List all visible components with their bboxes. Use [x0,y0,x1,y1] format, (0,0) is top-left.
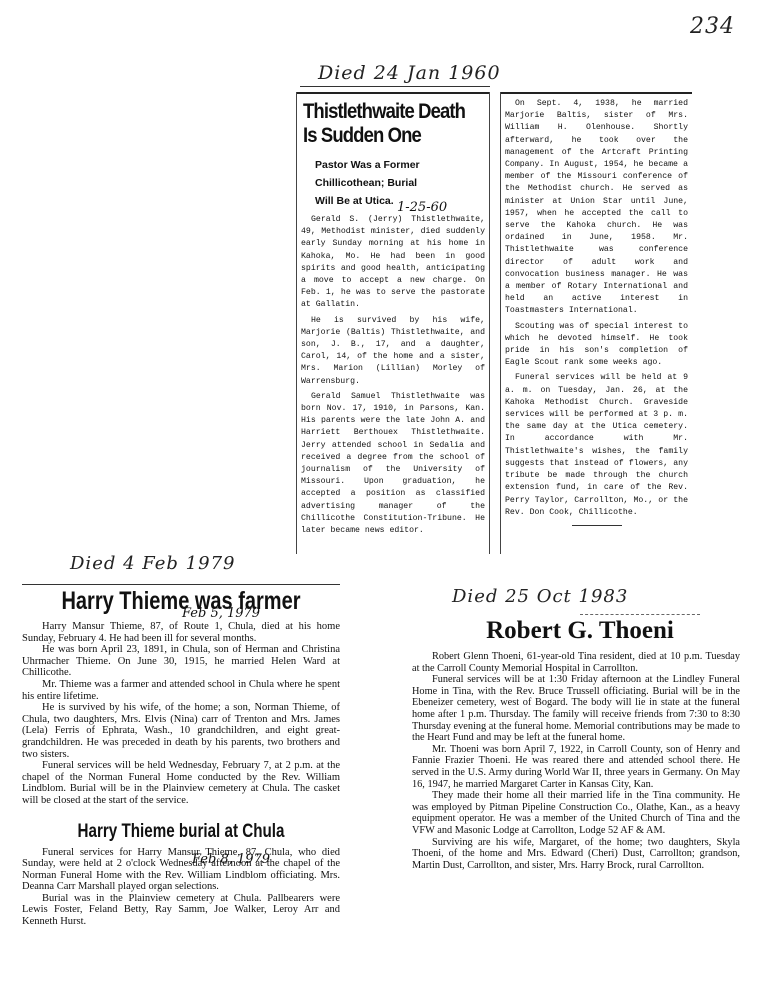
article-body: Harry Mansur Thieme, 87, of Route 1, Chu… [22,621,340,807]
paragraph: On Sept. 4, 1938, he married Marjorie Ba… [505,98,688,318]
paragraph: Funeral services will be held Wednesday,… [22,760,340,806]
paragraph: Gerald Samuel Thistlethwaite was born No… [301,391,485,537]
article-body: Funeral services for Harry Mansur Thieme… [22,847,340,928]
paragraph: Funeral services will be held at 9 a. m.… [505,372,688,518]
subheadline-line: Chillicothean; Burial [315,174,485,192]
divider [580,614,700,615]
paragraph: Harry Mansur Thieme, 87, of Route 1, Chu… [22,621,340,644]
clipping-thieme: Harry Thieme was farmer Feb 5, 1979 Harr… [22,584,340,928]
column-right: On Sept. 4, 1938, he married Marjorie Ba… [500,92,692,554]
article-body: Gerald S. (Jerry) Thistlethwaite, 49, Me… [301,214,485,537]
headline: Thistlethwaite Death Is Sudden One [303,100,463,148]
paragraph: He is survived by his wife, of the home;… [22,702,340,760]
paragraph: Mr. Thoeni was born April 7, 1922, in Ca… [412,744,740,790]
article-body: On Sept. 4, 1938, he married Marjorie Ba… [505,98,688,519]
headline: Harry Thieme was farmer [54,587,308,615]
article-body: Robert Glenn Thoeni, 61-year-old Tina re… [412,651,740,871]
paragraph: Funeral services for Harry Mansur Thieme… [22,847,340,893]
paragraph: Funeral services will be at 1:30 Friday … [412,674,740,744]
headline: Harry Thieme burial at Chula [54,821,308,843]
end-rule [572,525,622,526]
column-left: Thistlethwaite Death Is Sudden One Pasto… [296,92,490,554]
handwritten-death-date: Died 25 Oct 1983 [452,586,628,607]
handwritten-pub-date: Feb 8, 1979 [192,852,270,867]
handwritten-pub-date: 1-25-60 [397,200,447,215]
headline: Robert G. Thoeni [420,617,740,645]
paragraph: He was born April 23, 1891, in Chula, so… [22,644,340,679]
clipping-thistlethwaite: Thistlethwaite Death Is Sudden One Pasto… [296,92,696,562]
paragraph: Surviving are his wife, Margaret, of the… [412,837,740,872]
handwritten-death-date: Died 24 Jan 1960 [318,62,501,84]
page-number: 234 [690,14,735,39]
paragraph: He is survived by his wife, Marjorie (Ba… [301,315,485,388]
headline-line: Is Sudden One [303,124,463,148]
subheadline-line: Pastor Was a Former [315,156,485,174]
paragraph: Mr. Thieme was a farmer and attended sch… [22,679,340,702]
clipping-thoeni: Robert G. Thoeni Robert Glenn Thoeni, 61… [420,617,740,871]
handwritten-pub-date: Feb 5, 1979 [182,606,260,621]
paragraph: Robert Glenn Thoeni, 61-year-old Tina re… [412,651,740,674]
paragraph: They made their home all their married l… [412,790,740,836]
paragraph: Scouting was of special interest to whic… [505,321,688,370]
paragraph: Gerald S. (Jerry) Thistlethwaite, 49, Me… [301,214,485,312]
divider [300,86,490,87]
handwritten-death-date: Died 4 Feb 1979 [70,553,235,574]
headline-line: Thistlethwaite Death [303,100,463,124]
paragraph: Burial was in the Plainview cemetery at … [22,893,340,928]
divider [22,584,340,585]
